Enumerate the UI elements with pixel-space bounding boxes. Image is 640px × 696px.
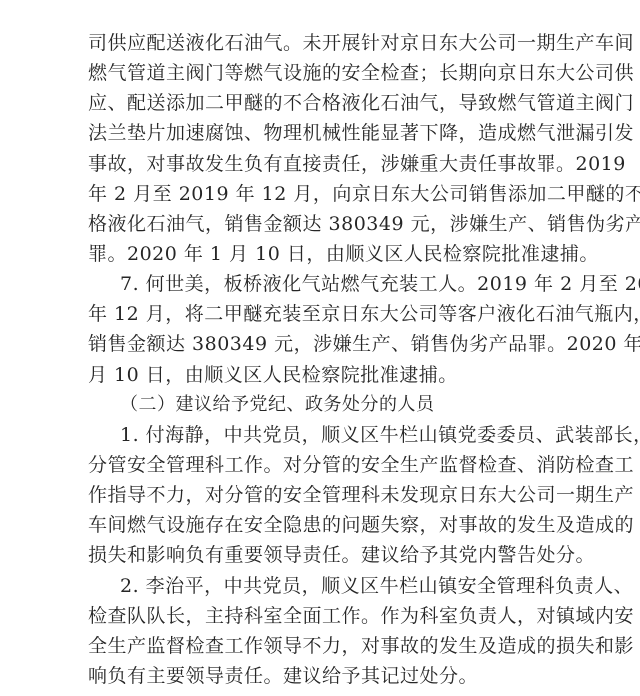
text-line: 分管安全管理科工作。对分管的安全生产监督检查、消防检查工 <box>88 450 569 480</box>
text-line: 作指导不力，对分管的安全管理科未发现京日东大公司一期生产 <box>88 480 569 510</box>
text-line: 法兰垫片加速腐蚀、物理机械性能显著下降，造成燃气泄漏引发 <box>88 118 569 148</box>
text-line: 7. 何世美，板桥液化气站燃气充装工人。2019 年 2 月至 2019 <box>88 269 569 299</box>
paragraph-item-2: 2. 李治平，中共党员，顺义区牛栏山镇安全管理科负责人、 检查队队长，主持科室全… <box>88 571 569 692</box>
heading-text: （二）建议给予党纪、政务处分的人员 <box>88 390 569 420</box>
text-line: 损失和影响负有重要领导责任。建议给予其党内警告处分。 <box>88 540 569 570</box>
text-line: 年 2 月至 2019 年 12 月，向京日东大公司销售添加二甲醚的不合 <box>88 179 569 209</box>
text-line: 1. 付海静，中共党员，顺义区牛栏山镇党委委员、武装部长， <box>88 420 569 450</box>
paragraph-item-7: 7. 何世美，板桥液化气站燃气充装工人。2019 年 2 月至 2019 年 1… <box>88 269 569 390</box>
text-line: 全生产监督检查工作领导不力，对事故的发生及造成的损失和影 <box>88 631 569 661</box>
document-page: 司供应配送液化石油气。未开展针对京日东大公司一期生产车间 燃气管道主阀门等燃气设… <box>88 28 569 691</box>
text-line: 年 12 月，将二甲醚充装至京日东大公司等客户液化石油气瓶内， <box>88 299 569 329</box>
section-heading: （二）建议给予党纪、政务处分的人员 <box>88 390 569 420</box>
text-line: 销售金额达 380349 元，涉嫌生产、销售伪劣产品罪。2020 年 1 <box>88 329 569 359</box>
text-line: 月 10 日，由顺义区人民检察院批准逮捕。 <box>88 360 569 390</box>
paragraph-item-1: 1. 付海静，中共党员，顺义区牛栏山镇党委委员、武装部长， 分管安全管理科工作。… <box>88 420 569 571</box>
text-line: 罪。2020 年 1 月 10 日，由顺义区人民检察院批准逮捕。 <box>88 239 569 269</box>
text-line: 事故，对事故发生负有直接责任，涉嫌重大责任事故罪。2019 <box>88 149 569 179</box>
text-line: 司供应配送液化石油气。未开展针对京日东大公司一期生产车间 <box>88 28 569 58</box>
text-line: 格液化石油气，销售金额达 380349 元，涉嫌生产、销售伪劣产品 <box>88 209 569 239</box>
paragraph-continuation: 司供应配送液化石油气。未开展针对京日东大公司一期生产车间 燃气管道主阀门等燃气设… <box>88 28 569 269</box>
text-line: 响负有主要领导责任。建议给予其记过处分。 <box>88 661 569 691</box>
text-line: 燃气管道主阀门等燃气设施的安全检查；长期向京日东大公司供 <box>88 58 569 88</box>
text-line: 2. 李治平，中共党员，顺义区牛栏山镇安全管理科负责人、 <box>88 571 569 601</box>
text-line: 检查队队长，主持科室全面工作。作为科室负责人，对镇域内安 <box>88 601 569 631</box>
text-line: 车间燃气设施存在安全隐患的问题失察，对事故的发生及造成的 <box>88 510 569 540</box>
text-line: 应、配送添加二甲醚的不合格液化石油气，导致燃气管道主阀门 <box>88 88 569 118</box>
